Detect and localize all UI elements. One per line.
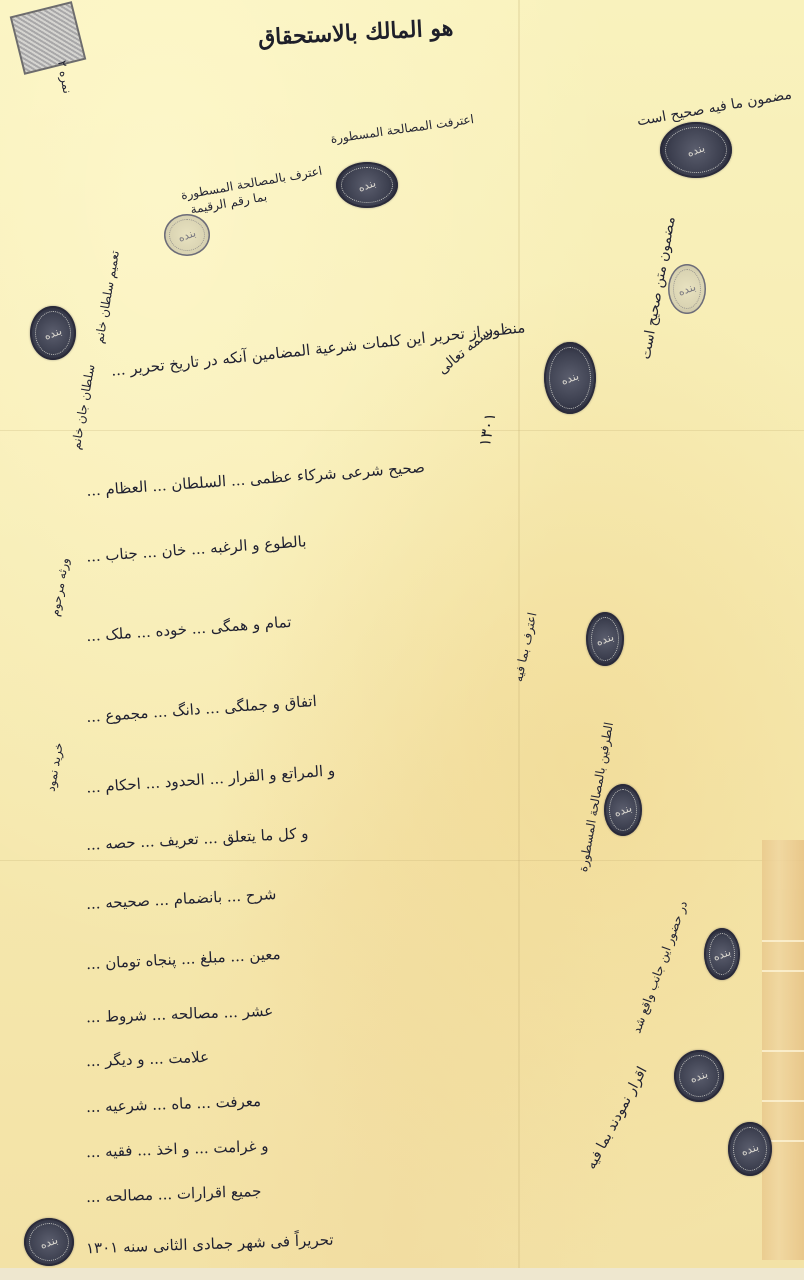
seal-left-margin: بنده — [30, 306, 76, 360]
seal-right-lower-3: بنده — [728, 1122, 772, 1176]
seal-right-mid-1: بنده — [586, 612, 624, 666]
seal-right-lower-1: بنده — [704, 928, 740, 980]
seal-right-mid-2: بنده — [604, 784, 642, 836]
repair-tape — [762, 840, 804, 1260]
seal-top-right: بنده — [660, 122, 732, 178]
seal-bottom-left: بنده — [24, 1218, 74, 1266]
paper-edge — [0, 1268, 804, 1280]
seal-faint-right: بنده — [668, 264, 706, 314]
seal-date: بنده — [544, 342, 596, 414]
seal-top-center: بنده — [336, 162, 398, 208]
seal-faint-center: بنده — [164, 214, 210, 256]
seal-right-lower-2: بنده — [674, 1050, 724, 1102]
paper-fold-horizontal — [0, 430, 804, 431]
paper-fold-horizontal — [0, 860, 804, 861]
